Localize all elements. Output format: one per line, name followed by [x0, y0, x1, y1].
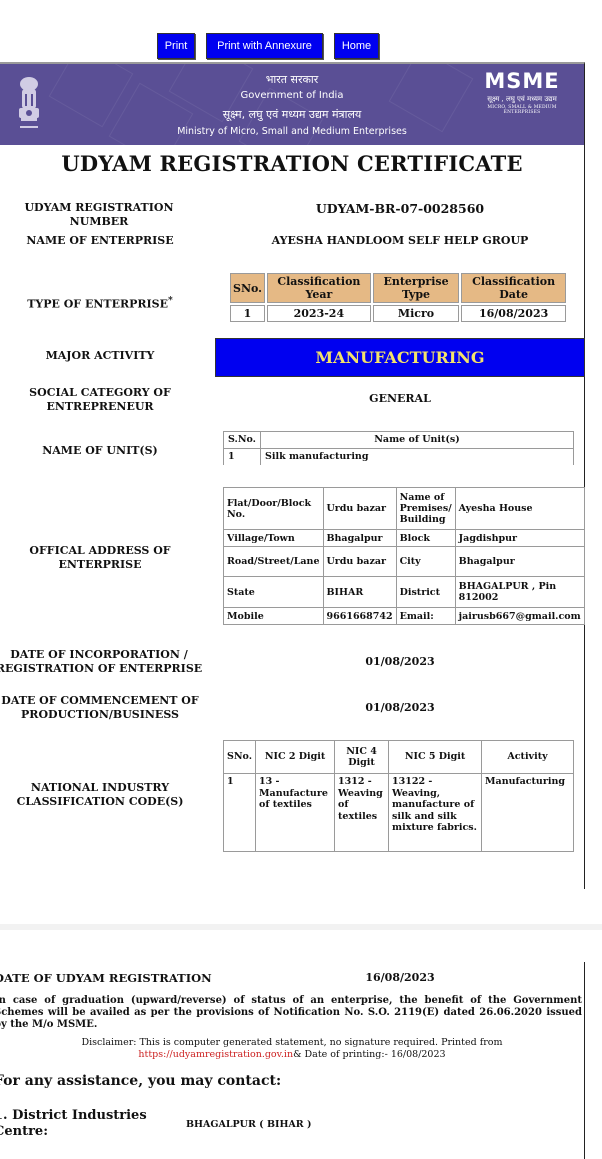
incorporation-label: DATE OF INCORPORATION / REGISTRATION OF …: [0, 648, 204, 676]
email-label: Email:: [396, 608, 455, 625]
msme-logo: MSME सूक्ष्म , लघु एवं मध्यम उद्यम MICRO…: [476, 70, 568, 120]
dic-value: BHAGALPUR ( BIHAR ): [186, 1119, 312, 1130]
msme-logo-text: MSME: [476, 70, 568, 92]
address-table: Flat/Door/Block No. Urdu bazar Name of P…: [223, 487, 585, 625]
premises-label: Name of Premises/ Building: [396, 488, 455, 530]
state-label: State: [224, 577, 324, 608]
col-enterprise-type: Enterprise Type: [373, 273, 459, 303]
udyam-date-label: DATE OF UDYAM REGISTRATION: [0, 971, 224, 985]
district-value: BHAGALPUR , Pin 812002: [455, 577, 584, 608]
enterprise-name: AYESHA HANDLOOM SELF HELP GROUP: [240, 234, 560, 247]
nic-table: SNo. NIC 2 Digit NIC 4 Digit NIC 5 Digit…: [223, 740, 574, 852]
table-row: 1 2023-24 Micro 16/08/2023: [230, 305, 566, 322]
commencement-label: DATE OF COMMENCEMENT OF PRODUCTION/BUSIN…: [0, 694, 200, 722]
col-classification-year: Classification Year: [267, 273, 371, 303]
col-sno: SNo.: [230, 273, 265, 303]
registration-number-label: UDYAM REGISTRATION NUMBER: [0, 201, 204, 229]
udyam-website-link[interactable]: https://udyamregistration.gov.in: [138, 1049, 293, 1060]
col-sno: SNo.: [224, 741, 256, 774]
incorporation-date: 01/08/2023: [340, 655, 460, 668]
msme-logo-english: MICRO, SMALL & MEDIUM ENTERPRISES: [476, 105, 568, 115]
enterprise-name-label: NAME OF ENTERPRISE: [0, 234, 200, 248]
village-value: Bhagalpur: [323, 530, 396, 547]
col-unit-name: Name of Unit(s): [261, 432, 574, 449]
road-value: Urdu bazar: [323, 547, 396, 577]
cell-sno: 1: [224, 449, 261, 466]
print-button[interactable]: Print: [157, 33, 195, 59]
state-value: BIHAR: [323, 577, 396, 608]
mobile-value: 9661668742: [323, 608, 396, 625]
village-label: Village/Town: [224, 530, 324, 547]
district-label: District: [396, 577, 455, 608]
disclaimer: Disclaimer: This is computer generated s…: [0, 1037, 584, 1049]
home-button[interactable]: Home: [334, 33, 379, 59]
social-category-label: SOCIAL CATEGORY OF ENTREPRENEUR: [20, 386, 180, 414]
dic-label: 1. District Industries Centre:: [0, 1108, 154, 1140]
ministry-banner: भारत सरकार Government of India सूक्ष्म, …: [0, 62, 585, 145]
road-label: Road/Street/Lane: [224, 547, 324, 577]
units-label: NAME OF UNIT(S): [0, 444, 200, 458]
email-value: jairusb667@gmail.com: [455, 608, 584, 625]
major-activity-label: MAJOR ACTIVITY: [0, 349, 200, 363]
city-value: Bhagalpur: [455, 547, 584, 577]
cell-date: 16/08/2023: [461, 305, 566, 322]
cell-activity: Manufacturing: [482, 774, 574, 852]
udyam-date: 16/08/2023: [340, 971, 460, 984]
registration-number: UDYAM-BR-07-0028560: [280, 201, 520, 216]
col-activity: Activity: [482, 741, 574, 774]
nic-label: NATIONAL INDUSTRY CLASSIFICATION CODE(S): [10, 781, 190, 809]
classification-table: SNo. Classification Year Enterprise Type…: [228, 271, 568, 324]
cell-nic2: 13 - Manufacture of textiles: [256, 774, 335, 852]
address-label: OFFICAL ADDRESS OF ENTERPRISE: [10, 544, 190, 572]
units-table: S.No. Name of Unit(s) 1 Silk manufacturi…: [223, 431, 574, 465]
printing-line: https://udyamregistration.gov.in& Date o…: [0, 1049, 584, 1061]
ministry-english: Ministry of Micro, Small and Medium Ente…: [0, 126, 584, 137]
premises-value: Ayesha House: [455, 488, 584, 530]
flat-value: Urdu bazar: [323, 488, 396, 530]
cell-nic4: 1312 - Weaving of textiles: [335, 774, 389, 852]
cell-sno: 1: [224, 774, 256, 852]
page-break: [0, 924, 602, 930]
col-classification-date: Classification Date: [461, 273, 566, 303]
mobile-label: Mobile: [224, 608, 324, 625]
block-label: Block: [396, 530, 455, 547]
graduation-note: In case of graduation (upward/reverse) o…: [0, 995, 582, 1031]
cell-sno: 1: [230, 305, 265, 322]
cell-type: Micro: [373, 305, 459, 322]
table-row: 1 13 - Manufacture of textiles 1312 - We…: [224, 774, 574, 852]
asterisk: *: [168, 295, 173, 306]
print-with-annexure-button[interactable]: Print with Annexure: [206, 33, 323, 59]
cell-unit-name: Silk manufacturing: [261, 449, 574, 466]
col-sno: S.No.: [224, 432, 261, 449]
flat-label: Flat/Door/Block No.: [224, 488, 324, 530]
enterprise-type-label-text: TYPE OF ENTERPRISE: [27, 298, 168, 311]
block-value: Jagdishpur: [455, 530, 584, 547]
city-label: City: [396, 547, 455, 577]
col-nic5: NIC 5 Digit: [389, 741, 482, 774]
msme-logo-hindi: सूक्ष्म , लघु एवं मध्यम उद्यम: [476, 95, 568, 104]
cell-nic5: 13122 - Weaving, manufacture of silk and…: [389, 774, 482, 852]
enterprise-type-label: TYPE OF ENTERPRISE*: [0, 294, 200, 312]
major-activity-value: MANUFACTURING: [215, 338, 585, 377]
assistance-heading: For any assistance, you may contact:: [0, 1073, 281, 1089]
certificate-title: UDYAM REGISTRATION CERTIFICATE: [0, 151, 584, 176]
commencement-date: 01/08/2023: [340, 701, 460, 714]
printing-date: & Date of printing:- 16/08/2023: [293, 1049, 446, 1060]
social-category: GENERAL: [330, 392, 470, 405]
cell-year: 2023-24: [267, 305, 371, 322]
col-nic2: NIC 2 Digit: [256, 741, 335, 774]
col-nic4: NIC 4 Digit: [335, 741, 389, 774]
page-border-right-2: [584, 962, 585, 1159]
table-row: 1 Silk manufacturing: [224, 449, 574, 466]
